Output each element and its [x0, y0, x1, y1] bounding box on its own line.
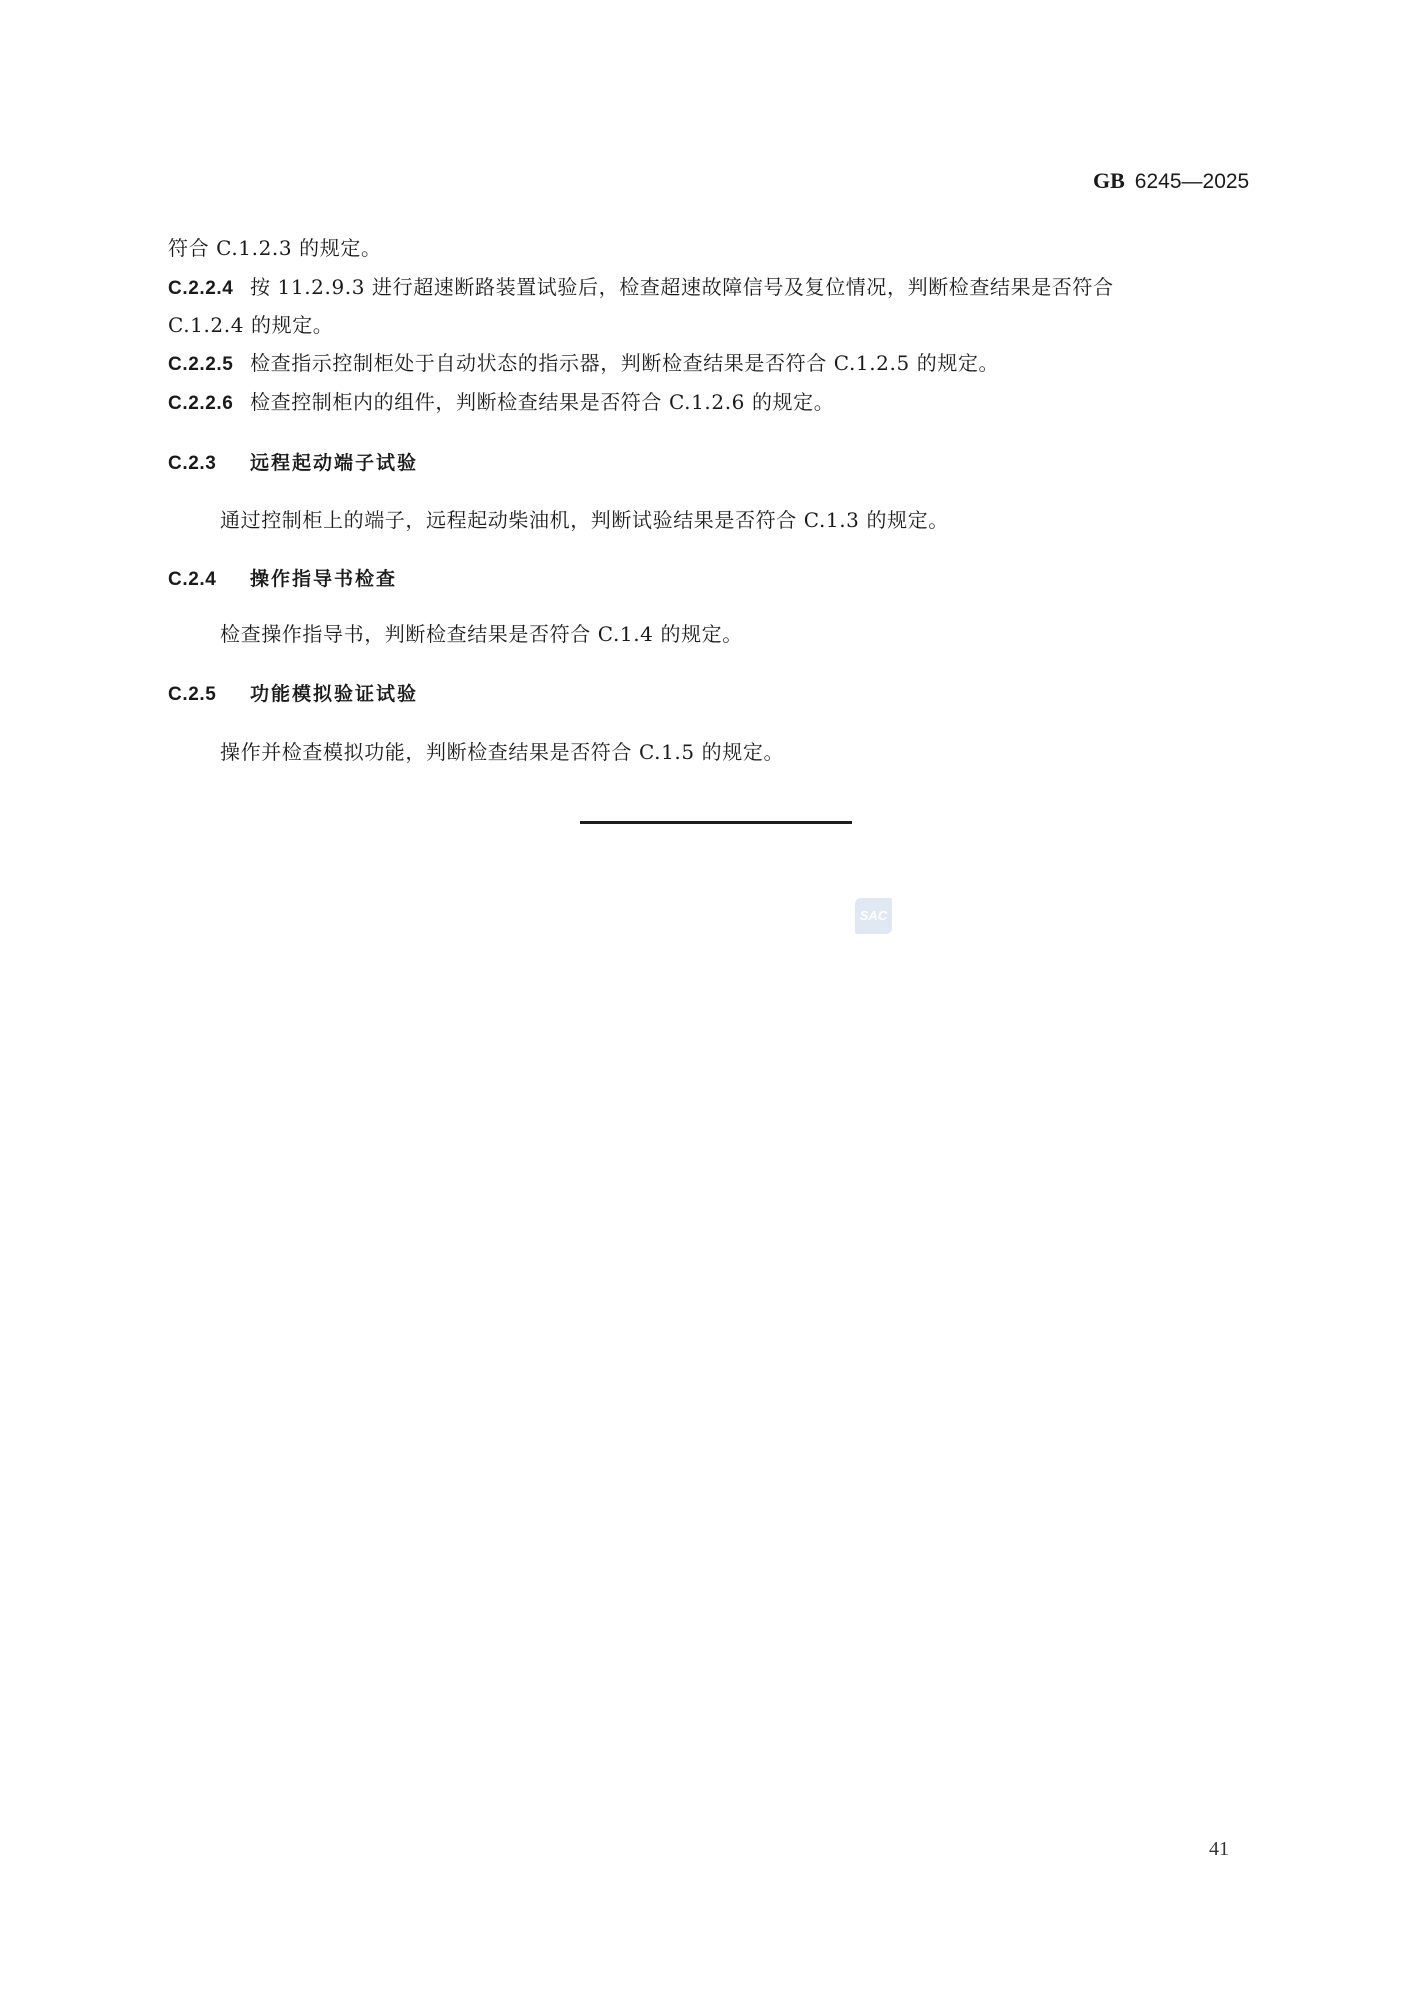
section-body-c25: 操作并检查模拟功能，判断检查结果是否符合 C.1.5 的规定。 [220, 739, 784, 765]
section-heading-c23: C.2.3远程起动端子试验 [168, 449, 418, 477]
clause-c225: C.2.2.5检查指示控制柜处于自动状态的指示器，判断检查结果是否符合 C.1.… [168, 350, 999, 378]
section-number: C.2.4 [168, 567, 250, 593]
section-body-c24: 检查操作指导书，判断检查结果是否符合 C.1.4 的规定。 [220, 621, 743, 647]
end-rule-divider [580, 821, 852, 824]
clause-text: 检查控制柜内的组件，判断检查结果是否符合 C.1.2.6 的规定。 [250, 390, 834, 414]
standard-identifier: GB6245—2025 [1093, 168, 1249, 195]
standard-prefix: GB [1093, 168, 1125, 193]
clause-c224: C.2.2.4按 11.2.9.3 进行超速断路装置试验后，检查超速故障信号及复… [168, 274, 1114, 302]
continuation-text: 符合 C.1.2.3 的规定。 [168, 235, 382, 261]
clause-text: 按 11.2.9.3 进行超速断路装置试验后，检查超速故障信号及复位情况，判断检… [250, 275, 1114, 299]
section-body-c23: 通过控制柜上的端子，远程起动柴油机，判断试验结果是否符合 C.1.3 的规定。 [220, 507, 949, 533]
clause-number: C.2.2.4 [168, 276, 250, 302]
clause-c226: C.2.2.6检查控制柜内的组件，判断检查结果是否符合 C.1.2.6 的规定。 [168, 389, 834, 417]
clause-text: 检查指示控制柜处于自动状态的指示器，判断检查结果是否符合 C.1.2.5 的规定… [250, 351, 999, 375]
sac-watermark-logo-icon: SAC [855, 898, 892, 934]
section-heading-c25: C.2.5功能模拟验证试验 [168, 680, 418, 708]
clause-number: C.2.2.5 [168, 352, 250, 378]
section-title: 远程起动端子试验 [250, 452, 418, 474]
section-title: 操作指导书检查 [250, 568, 397, 590]
standard-number: 6245—2025 [1135, 170, 1249, 193]
clause-number: C.2.2.6 [168, 391, 250, 417]
section-title: 功能模拟验证试验 [250, 683, 418, 705]
clause-c224-continuation: C.1.2.4 的规定。 [168, 312, 333, 338]
section-number: C.2.5 [168, 682, 250, 708]
section-heading-c24: C.2.4操作指导书检查 [168, 565, 397, 593]
page-number: 41 [1209, 1838, 1229, 1861]
section-number: C.2.3 [168, 451, 250, 477]
